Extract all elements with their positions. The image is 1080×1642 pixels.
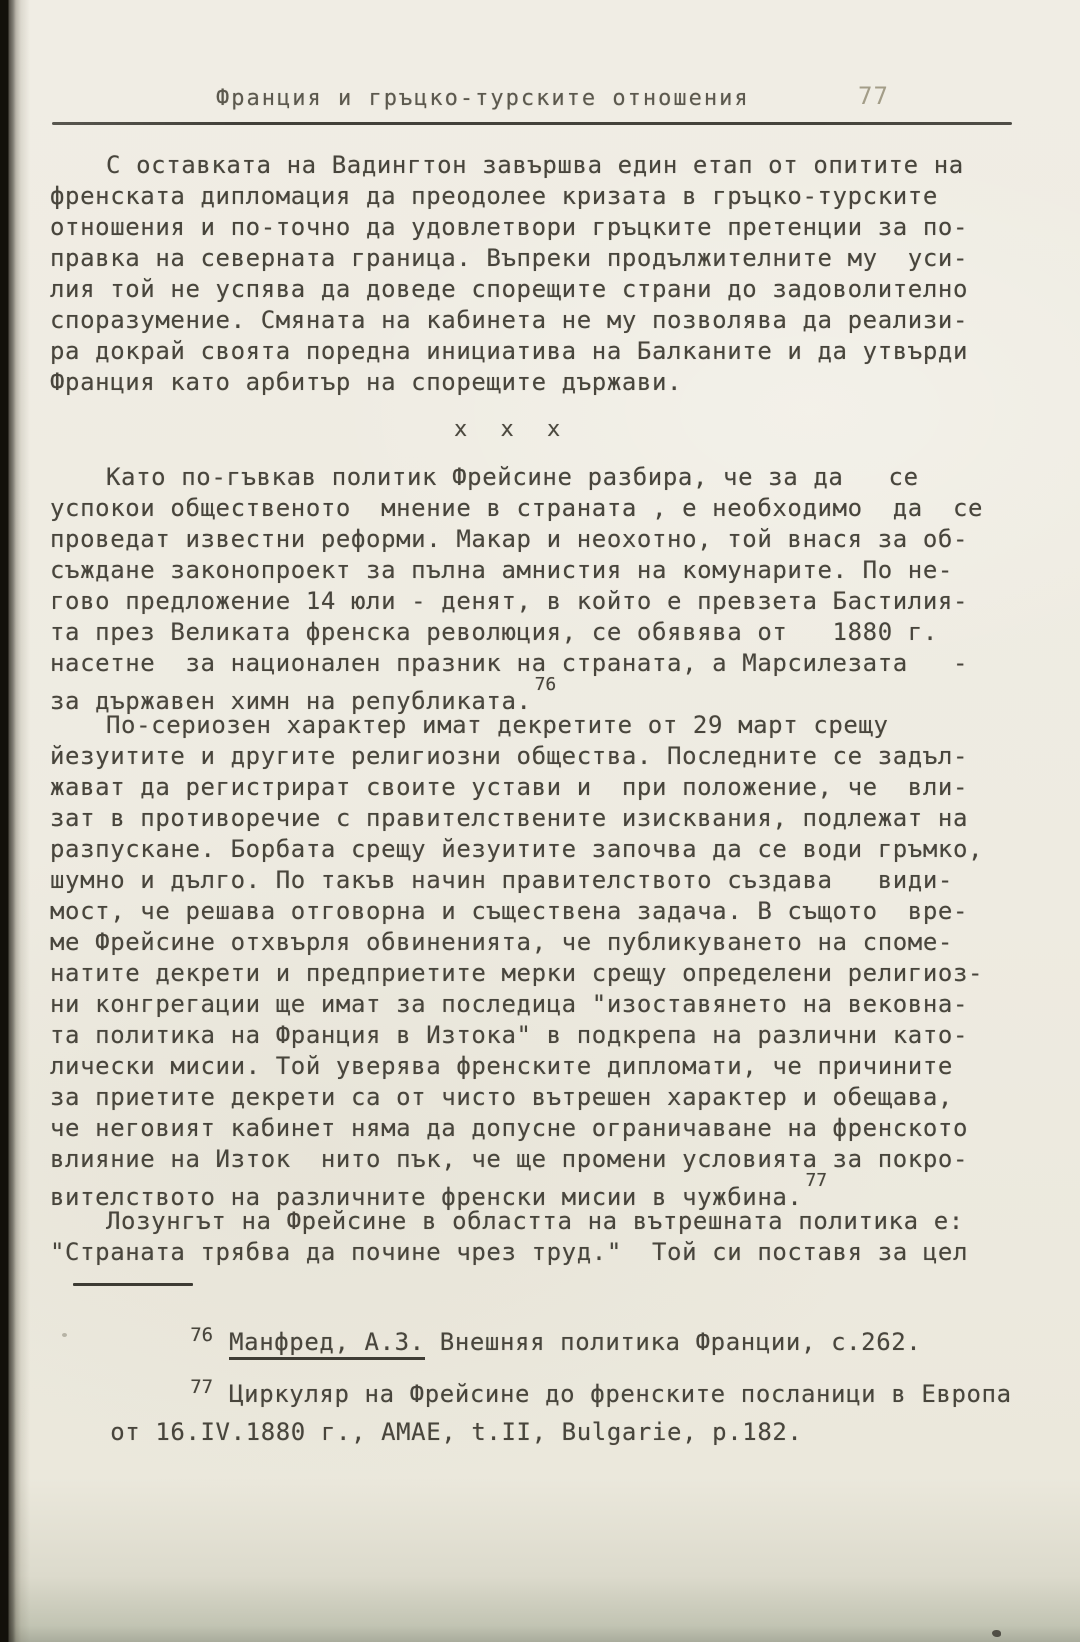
text-line: разпускане. Борбата срещу йезуитите запо… [50, 834, 1050, 865]
text-line: съждане законопроект за пълна амнистия н… [50, 555, 1050, 586]
text-line: С оставката на Вадингтон завършва един е… [50, 150, 1050, 181]
text-line: ни конгрегации ще имат за последица "изо… [50, 989, 1050, 1020]
paragraph-4: Лозунгът на Фрейсине в областта на вътре… [50, 1206, 1050, 1268]
text-line: успокои общественото мнение в страната ,… [50, 493, 1050, 524]
section-separator: х х х [50, 398, 1050, 462]
page-number: 77 [858, 82, 889, 110]
footnote-ref-77: 77 [805, 1170, 827, 1191]
page-body: С оставката на Вадингтон завършва един е… [50, 150, 1050, 1268]
text-line: "Страната трябва да почине чрез труд." Т… [50, 1237, 1050, 1268]
footnote-77-line-2: от 16.IV.1880 г., АМАЕ, t.II, Bulgarie, … [50, 1390, 802, 1474]
text-line: споразумение. Смяната на кабинета не му … [50, 305, 1050, 336]
text-line: та през Великата френска революция, се о… [50, 617, 1050, 648]
footnote-ref-76: 76 [535, 674, 557, 695]
text-line: натите декрети и предприетите мерки срещ… [50, 958, 1050, 989]
text-line: Като по-гъвкав политик Фрейсине разбира,… [50, 462, 1050, 493]
text-line: за приетите декрети са от чисто вътрешен… [50, 1082, 1050, 1113]
text-line: правка на северната граница. Въпреки про… [50, 243, 1050, 274]
text-line: зат в противоречие с правителствените из… [50, 803, 1050, 834]
running-header-title: Франция и гръцко-турските отношения [216, 86, 750, 111]
text-line: По-сериозен характер имат декретите от 2… [50, 710, 1050, 741]
text-line: лически мисии. Той уверява френските дип… [50, 1051, 1050, 1082]
text-line: Франция като арбитър на спорещите държав… [50, 367, 1050, 398]
scanned-book-page: Франция и гръцко-турските отношения 77 С… [0, 0, 1080, 1642]
paragraph-1: С оставката на Вадингтон завършва един е… [50, 150, 1050, 398]
paragraph-2: Като по-гъвкав политик Фрейсине разбира,… [50, 462, 1050, 710]
header-rule [52, 122, 1012, 125]
text-line: френската дипломация да преодолее кризат… [50, 181, 1050, 212]
text-line: отношения и по-точно да удовлетвори гръц… [50, 212, 1050, 243]
text-line: жават да регистрират своите устави и при… [50, 772, 1050, 803]
scan-gutter-shadow [0, 0, 30, 1642]
footnote-separator-rule [73, 1283, 193, 1286]
text-line: Лозунгът на Фрейсине в областта на вътре… [50, 1206, 1050, 1237]
text-line: ра докрай своята поредна инициатива на Б… [50, 336, 1050, 367]
text-line: йезуитите и другите религиозни общества.… [50, 741, 1050, 772]
text-line: та политика на Франция в Изтока" в подкр… [50, 1020, 1050, 1051]
scan-artifact-speck [62, 1333, 67, 1337]
text-line: за държавен химн на републиката.76 [50, 679, 1050, 710]
text-line: мост, че решава отговорна и съществена з… [50, 896, 1050, 927]
footnote-text: от 16.IV.1880 г., АМАЕ, t.II, Bulgarie, … [110, 1418, 802, 1446]
text-line: гово предложение 14 юли - денят, в който… [50, 586, 1050, 617]
text-line: влияние на Изток нито пък, че ще промени… [50, 1144, 1050, 1175]
scan-artifact-speck [992, 1630, 1001, 1637]
footnote-number: 76 [110, 1324, 213, 1346]
paragraph-3: По-сериозен характер имат декретите от 2… [50, 710, 1050, 1206]
text-line: ме Фрейсине отхвърля обвиненията, че пуб… [50, 927, 1050, 958]
text-line: шумно и дълго. По такъв начин правителст… [50, 865, 1050, 896]
text-line: лия той не успява да доведе спорещите ст… [50, 274, 1050, 305]
text-line: че неговият кабинет няма да допусне огра… [50, 1113, 1050, 1144]
text-line: проведат известни реформи. Макар и неохо… [50, 524, 1050, 555]
text-line: вителството на различните френски мисии … [50, 1175, 1050, 1206]
